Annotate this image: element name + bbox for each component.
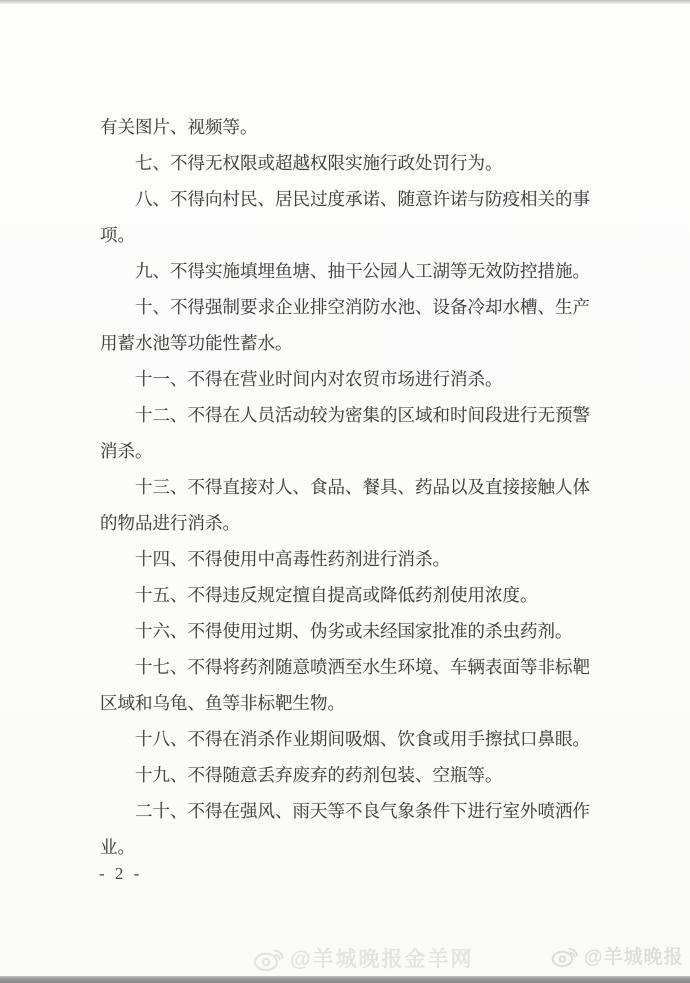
document-line: 消杀。 — [100, 433, 598, 469]
document-line: 十六、不得使用过期、伪劣或未经国家批准的杀虫药剂。 — [100, 613, 598, 649]
document-line: 十、不得强制要求企业排空消防水池、设备冷却水槽、生产 — [100, 289, 598, 325]
document-line: 十二、不得在人员活动较为密集的区域和时间段进行无预警 — [100, 397, 598, 433]
document-line: 区域和乌龟、鱼等非标靶生物。 — [100, 685, 598, 721]
document-line: 十七、不得将药剂随意喷洒至水生环境、车辆表面等非标靶 — [100, 649, 598, 685]
document-line: 业。 — [100, 829, 598, 865]
document-line: 的物品进行消杀。 — [100, 505, 598, 541]
document-line: 十四、不得使用中高毒性药剂进行消杀。 — [100, 541, 598, 577]
scanned-document-page: 有关图片、视频等。七、不得无权限或超越权限实施行政处罚行为。八、不得向村民、居民… — [0, 0, 690, 983]
document-line: 十八、不得在消杀作业期间吸烟、饮食或用手擦拭口鼻眼。 — [100, 721, 598, 757]
weibo-icon — [551, 942, 579, 969]
document-line: 项。 — [100, 217, 598, 253]
document-line: 九、不得实施填埋鱼塘、抽干公园人工湖等无效防控措施。 — [100, 253, 598, 289]
document-line: 十九、不得随意丢弃废弃的药剂包装、空瓶等。 — [100, 757, 598, 793]
document-line: 十五、不得违反规定擅自提高或降低药剂使用浓度。 — [100, 577, 598, 613]
page-number: - 2 - — [99, 856, 142, 892]
document-line: 七、不得无权限或超越权限实施行政处罚行为。 — [100, 145, 598, 181]
weibo-icon — [253, 943, 285, 973]
watermark-right-text: @羊城晚报 — [584, 942, 684, 969]
document-body: 有关图片、视频等。七、不得无权限或超越权限实施行政处罚行为。八、不得向村民、居民… — [100, 109, 598, 865]
watermark-right: @羊城晚报 — [551, 942, 684, 969]
document-line: 二十、不得在强风、雨天等不良气象条件下进行室外喷洒作 — [100, 793, 598, 829]
watermark-left-text: @羊城晚报金羊网 — [290, 943, 473, 973]
watermark-left: @羊城晚报金羊网 — [253, 943, 473, 973]
document-line: 十三、不得直接对人、食品、餐具、药品以及直接接触人体 — [100, 469, 598, 505]
document-line: 八、不得向村民、居民过度承诺、随意许诺与防疫相关的事 — [100, 181, 598, 217]
scan-bottom-edge — [0, 976, 690, 983]
scan-top-edge — [0, 0, 690, 4]
document-line: 十一、不得在营业时间内对农贸市场进行消杀。 — [100, 361, 598, 397]
document-line: 有关图片、视频等。 — [100, 109, 598, 145]
document-line: 用蓄水池等功能性蓄水。 — [100, 325, 598, 361]
